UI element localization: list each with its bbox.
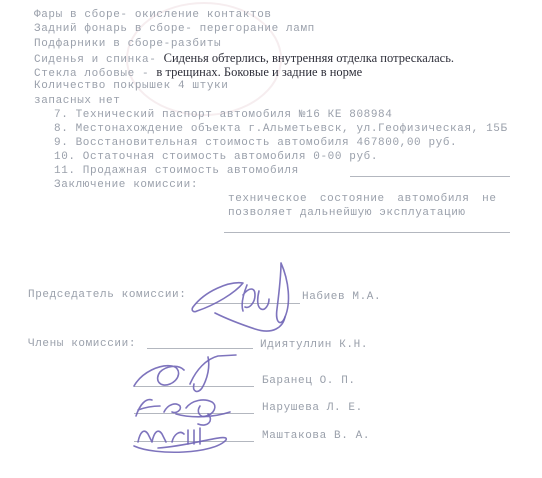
- conclusion-label: Заключение комиссии:: [54, 178, 198, 192]
- spare-tyres-line: запасных нет: [34, 94, 120, 108]
- chairman-name: Набиев М.А.: [302, 290, 381, 304]
- member-signature-narusheva: [128, 390, 246, 426]
- item-7-tech-passport: 7. Технический паспорт автомобиля №16 КЕ…: [54, 108, 392, 122]
- item-9-replacement-cost: 9. Восстановительная стоимость автомобил…: [54, 136, 457, 150]
- item-11-sale-price: 11. Продажная стоимость автомобиля: [54, 164, 299, 178]
- glass-condition-note: в трещинах. Боковые и задние в норме: [156, 65, 362, 79]
- member-signature-line-4: [134, 441, 254, 442]
- member-name-4: Маштакова В. А.: [262, 429, 370, 443]
- member-name-2: Баранец О. П.: [262, 374, 356, 388]
- item-10-residual-cost: 10. Остаточная стоимость автомобиля 0-00…: [54, 150, 378, 164]
- conclusion-text-line-2: позволяет дальнейшую эксплуатацию: [228, 206, 466, 220]
- item-8-location: 8. Местонахождение объекта г.Альметьевск…: [54, 122, 508, 136]
- chairman-signature-line: [196, 303, 300, 304]
- defect-line-headlights: Фары в сборе- окисление контактов: [34, 8, 272, 22]
- sale-price-blank-line: [350, 176, 510, 177]
- tyre-count-line: Количество покрышек 4 штуки: [34, 79, 228, 93]
- member-signature-baranets: [126, 352, 246, 396]
- seat-condition-note: Сиденья обтерлись, внутренняя отделка по…: [164, 51, 454, 65]
- member-name-1: Идиятуллин К.Н.: [260, 338, 368, 352]
- defect-line-sidelights: Подфарники в сборе-разбиты: [34, 37, 221, 51]
- defect-line-rear-lamp: Задний фонарь в сборе- перегорание ламп: [34, 22, 315, 36]
- member-signature-line-3: [134, 413, 254, 414]
- member-signature-line-1: [147, 348, 253, 349]
- member-signature-mashtakova: [126, 416, 244, 454]
- document-page: Фары в сборе- окисление контактов Задний…: [0, 0, 542, 478]
- member-name-3: Нарушева Л. Е.: [262, 401, 363, 415]
- members-label: Члены комиссии:: [28, 337, 136, 351]
- conclusion-blank-line: [224, 232, 510, 233]
- member-signature-line-2: [134, 386, 254, 387]
- chairman-label: Председатель комиссии:: [28, 288, 186, 302]
- conclusion-text-line-1: техническое состояние автомобиля не: [228, 192, 497, 206]
